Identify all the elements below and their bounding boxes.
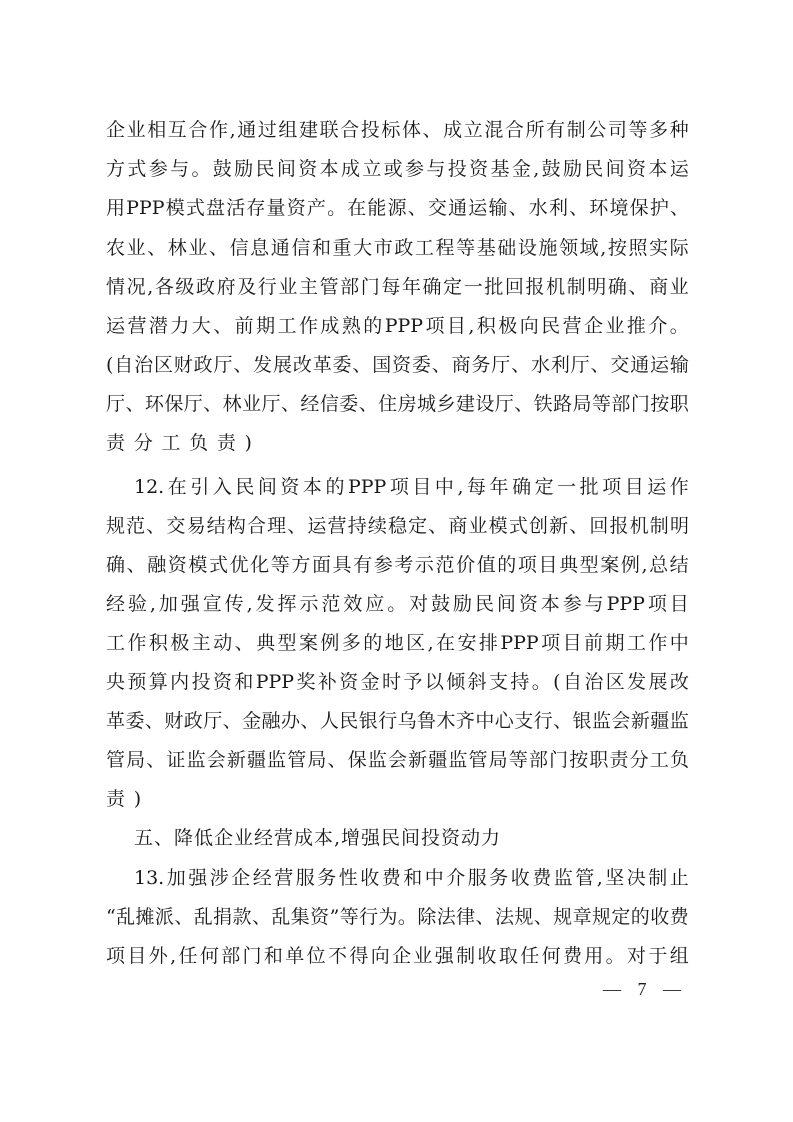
text-line: 运营潜力大、前期工作成熟的PPP项目,积极向民营企业推介。 — [106, 311, 689, 341]
text-line: 革委、财政厅、金融办、人民银行乌鲁木齐中心支行、银监会新疆监 — [106, 706, 689, 736]
text-line: 责) — [106, 784, 689, 814]
text-line: 工作积极主动、典型案例多的地区,在安排PPP项目前期工作中 — [106, 628, 689, 658]
text-line: 确、融资模式优化等方面具有参考示范价值的项目典型案例,总结 — [106, 550, 689, 580]
document-page: 企业相互合作,通过组建联合投标体、成立混合所有制公司等多种方式参与。鼓励民间资本… — [0, 0, 793, 1122]
text-line: 13.加强涉企经营服务性收费和中介服务收费监管,坚决制止 — [134, 863, 689, 893]
text-line: 管局、证监会新疆监管局、保监会新疆监管局等部门按职责分工负 — [106, 745, 689, 775]
text-line: 12.在引入民间资本的PPP项目中,每年确定一批项目运作 — [134, 472, 689, 502]
text-line: 经验,加强宣传,发挥示范效应。对鼓励民间资本参与PPP项目 — [106, 589, 689, 619]
text-line: (自治区财政厅、发展改革委、国资委、商务厅、水利厅、交通运输 — [106, 350, 689, 380]
text-line: 企业相互合作,通过组建联合投标体、成立混合所有制公司等多种 — [106, 115, 689, 145]
text-line: 项目外,任何部门和单位不得向企业强制收取任何费用。对于组 — [106, 941, 689, 971]
text-line: 情况,各级政府及行业主管部门每年确定一批回报机制明确、商业 — [106, 272, 689, 302]
page-number: — 7 — — [600, 974, 690, 1004]
text-line: 农业、林业、信息通信和重大市政工程等基础设施领域,按照实际 — [106, 233, 689, 263]
text-line: 规范、交易结构合理、运营持续稳定、商业模式创新、回报机制明 — [106, 511, 689, 541]
text-line: 央预算内投资和PPP奖补资金时予以倾斜支持。(自治区发展改 — [106, 667, 689, 697]
section-heading: 五、降低企业经营成本,增强民间投资动力 — [134, 823, 501, 853]
text-line: 方式参与。鼓励民间资本成立或参与投资基金,鼓励民间资本运 — [106, 154, 689, 184]
text-line: 厅、环保厅、林业厅、经信委、住房城乡建设厅、铁路局等部门按职 — [106, 389, 689, 419]
text-line: “乱摊派、乱捐款、乱集资”等行为。除法律、法规、规章规定的收费 — [106, 902, 689, 932]
text-line: 用PPP模式盘活存量资产。在能源、交通运输、水利、环境保护、 — [106, 193, 689, 223]
text-line: 责分工负责) — [106, 428, 689, 458]
